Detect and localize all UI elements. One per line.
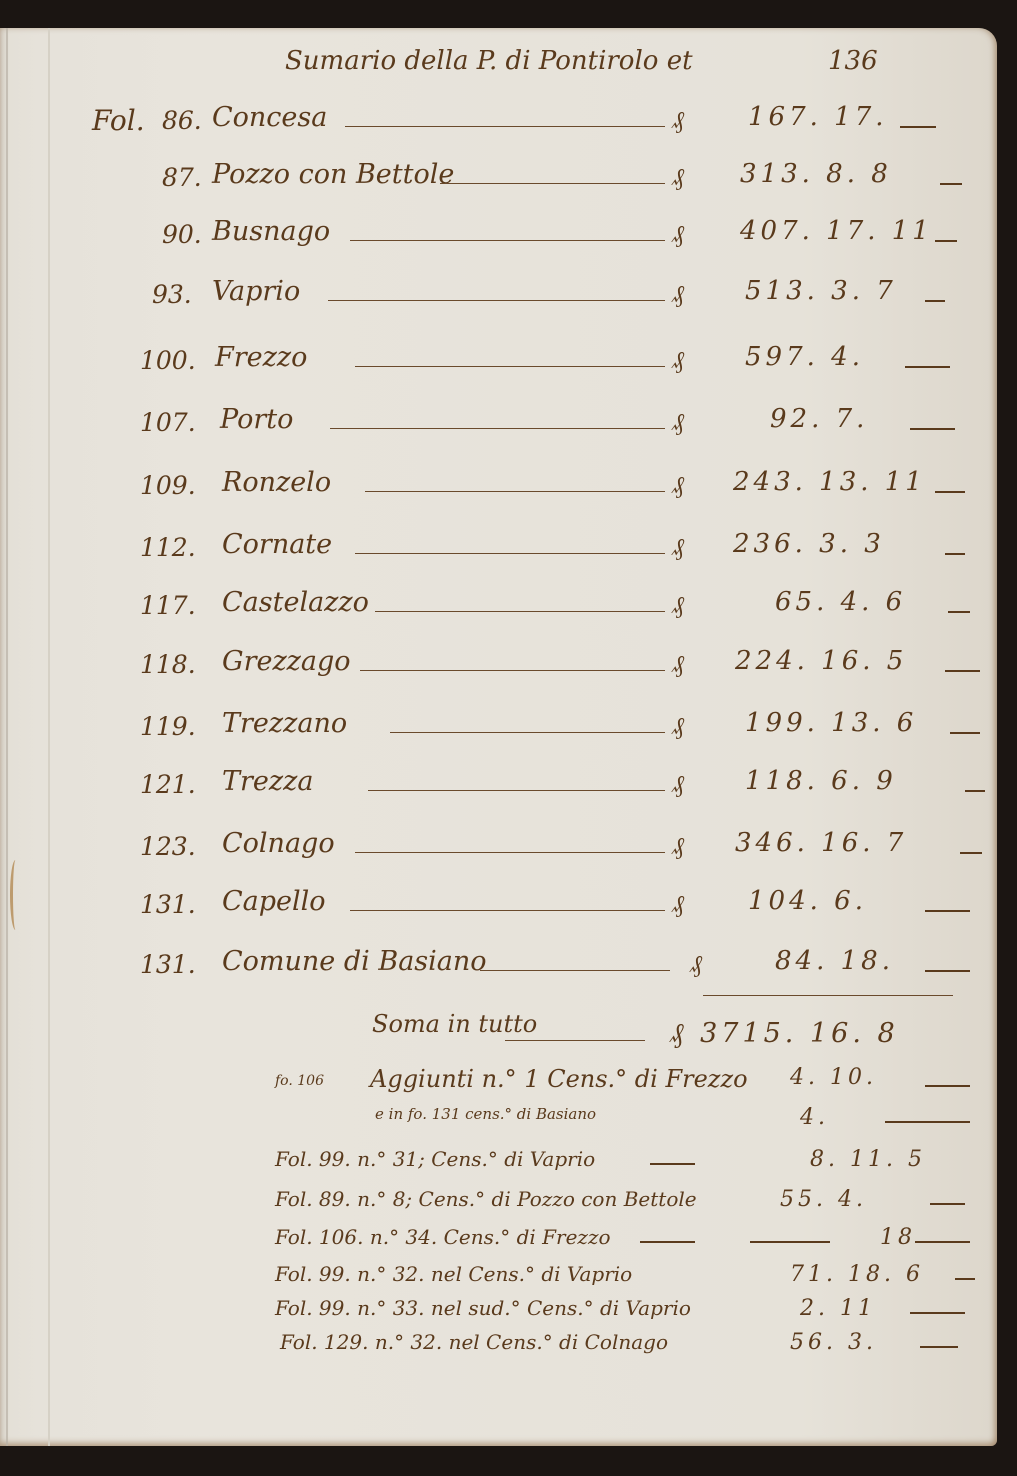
dash-line (955, 1278, 975, 1280)
leader-line (355, 553, 665, 554)
entry-fol: 131. (140, 950, 196, 979)
entry-name: Concesa (212, 102, 327, 133)
entry-amount: 243. 13. 11 (733, 467, 926, 497)
addition-text: Fol. 106. n.° 34. Cens.° di Frezzo (275, 1225, 611, 1249)
entry-fol: 123. (140, 832, 196, 861)
dash-line (885, 1121, 970, 1123)
entry-row: 93. Vaprio ₰ 513. 3. 7 (0, 274, 997, 330)
dash-line (935, 491, 965, 493)
dash-line (910, 428, 955, 430)
dash-line (925, 970, 970, 972)
addition-text: Fol. 99. n.° 33. nel sud.° Cens.° di Vap… (275, 1296, 691, 1320)
entry-row: 86. Concesa ₰ 167. 17. (0, 100, 997, 156)
entry-name: Trezza (222, 766, 313, 797)
dash-line (965, 790, 985, 792)
dash-line (960, 852, 982, 854)
dash-line (925, 910, 970, 912)
entry-fol: 100. (140, 346, 196, 375)
dash-line (910, 1312, 965, 1314)
entry-name: Frezzo (215, 342, 307, 373)
leader-line (440, 183, 665, 184)
lira-mark: ₰ (690, 950, 702, 979)
lira-mark: ₰ (672, 471, 684, 500)
entry-row: 112. Cornate ₰ 236. 3. 3 (0, 527, 997, 583)
addition-row: fo. 106 Aggiunti n.° 1 Cens.° di Frezzo … (0, 1065, 997, 1099)
dash-line (948, 611, 970, 613)
addition-text: e in fo. 131 cens.° di Basiano (375, 1105, 596, 1123)
leader-line (355, 366, 665, 367)
entry-name: Vaprio (212, 276, 300, 307)
dash-line (900, 126, 936, 128)
lira-mark: ₰ (672, 408, 684, 437)
entry-name: Trezzano (222, 708, 347, 739)
dash-line (930, 1203, 965, 1205)
addition-amount: 55. 4. (780, 1187, 867, 1212)
lira-mark: ₰ (672, 220, 684, 249)
dash-line (915, 1241, 970, 1243)
entry-row: 90. Busnago ₰ 407. 17. 11 (0, 214, 997, 270)
entry-name: Colnago (222, 828, 335, 859)
entry-amount: 346. 16. 7 (735, 828, 907, 858)
lira-mark: ₰ (672, 650, 684, 679)
entry-amount: 224. 16. 5 (735, 646, 907, 676)
dash-line (925, 300, 945, 302)
dash-line (945, 670, 980, 672)
lira-mark: ₰ (672, 832, 684, 861)
entry-fol: 109. (140, 471, 196, 500)
leader-line (355, 852, 665, 853)
entry-fol: 118. (140, 650, 196, 679)
leader-line (375, 611, 665, 612)
entry-row: 131. Capello ₰ 104. 6. (0, 884, 997, 940)
dash-line (935, 240, 957, 242)
entry-amount: 199. 13. 6 (745, 708, 917, 738)
entry-fol: 87. (162, 163, 202, 192)
addition-amount: 4. (800, 1105, 829, 1130)
entry-amount: 118. 6. 9 (745, 766, 897, 796)
addition-text: Fol. 99. n.° 31; Cens.° di Vaprio (275, 1147, 595, 1171)
addition-text: Fol. 99. n.° 32. nel Cens.° di Vaprio (275, 1262, 632, 1286)
lira-mark: ₰ (672, 712, 684, 741)
lira-mark: ₰ (672, 890, 684, 919)
entry-fol: 117. (140, 591, 196, 620)
entry-amount: 513. 3. 7 (745, 276, 897, 306)
entry-row: 107. Porto ₰ 92. 7. (0, 402, 997, 458)
leader-line (505, 1040, 645, 1041)
dash-line (950, 732, 980, 734)
leader-line (360, 670, 665, 671)
entry-amount: 104. 6. (748, 886, 867, 916)
entry-name: Pozzo con Bettole (212, 159, 454, 190)
addition-row: Fol. 99. n.° 33. nel sud.° Cens.° di Vap… (0, 1296, 997, 1330)
dash-line (750, 1241, 830, 1243)
entry-name: Capello (222, 886, 326, 917)
entry-name: Cornate (222, 529, 332, 560)
entry-row: 118. Grezzago ₰ 224. 16. 5 (0, 644, 997, 700)
lira-mark: ₰ (672, 346, 684, 375)
total-rule (703, 995, 953, 996)
addition-amount: 18 (880, 1225, 916, 1250)
entry-amount: 84. 18. (775, 946, 894, 976)
addition-row: Fol. 106. n.° 34. Cens.° di Frezzo 18 (0, 1225, 997, 1259)
leader-line (365, 491, 665, 492)
leader-line (350, 910, 665, 911)
lira-mark: ₰ (672, 106, 684, 135)
leader-line (328, 300, 665, 301)
total-label: Soma in tutto (372, 1010, 537, 1038)
entry-fol: 107. (140, 408, 196, 437)
entry-amount: 597. 4. (745, 342, 864, 372)
entry-row: 119. Trezzano ₰ 199. 13. 6 (0, 706, 997, 762)
dash-line (945, 553, 965, 555)
entry-fol: 131. (140, 890, 196, 919)
entry-fol: 121. (140, 770, 196, 799)
dash-line (920, 1346, 958, 1348)
entry-name: Porto (220, 404, 293, 435)
addition-amount: 2. 11 (800, 1296, 876, 1321)
entry-name: Grezzago (222, 646, 351, 677)
lira-mark: ₰ (672, 770, 684, 799)
dash-line (940, 183, 962, 185)
entry-amount: 236. 3. 3 (733, 529, 885, 559)
entry-amount: 407. 17. 11 (740, 216, 933, 246)
lira-mark: ₰ (672, 280, 684, 309)
dash-line (925, 1085, 970, 1087)
lira-mark: ₰ (672, 163, 684, 192)
entry-row: 121. Trezza ₰ 118. 6. 9 (0, 764, 997, 820)
dash-line (905, 366, 950, 368)
entry-amount: 92. 7. (770, 404, 868, 434)
entry-amount: 313. 8. 8 (740, 159, 892, 189)
addition-text: Fol. 89. n.° 8; Cens.° di Pozzo con Bett… (275, 1187, 697, 1211)
addition-text: Fol. 129. n.° 32. nel Cens.° di Colnago (280, 1330, 668, 1354)
entry-row: 123. Colnago ₰ 346. 16. 7 (0, 826, 997, 882)
lira-mark: ₰ (672, 591, 684, 620)
entry-row: 87. Pozzo con Bettole ₰ 313. 8. 8 (0, 157, 997, 213)
addition-row: Fol. 129. n.° 32. nel Cens.° di Colnago … (0, 1330, 997, 1364)
addition-amount: 8. 11. 5 (810, 1147, 926, 1172)
leader-line (640, 1241, 695, 1243)
entry-amount: 167. 17. (748, 102, 888, 132)
addition-row: Fol. 99. n.° 32. nel Cens.° di Vaprio 71… (0, 1262, 997, 1296)
entry-name: Busnago (212, 216, 330, 247)
entry-fol: 93. (152, 280, 192, 309)
leader-line (480, 970, 670, 971)
entry-name: Ronzelo (222, 467, 331, 498)
leader-line (330, 428, 665, 429)
addition-amount: 71. 18. 6 (790, 1262, 924, 1287)
entry-fol: 119. (140, 712, 196, 741)
addition-row: Fol. 99. n.° 31; Cens.° di Vaprio 8. 11.… (0, 1147, 997, 1181)
total-amount: ₰ 3715. 16. 8 (670, 1018, 899, 1049)
leader-line (345, 126, 665, 127)
entry-row: 131. Comune di Basiano ₰ 84. 18. (0, 944, 997, 1000)
entry-row: 109. Ronzelo ₰ 243. 13. 11 (0, 465, 997, 521)
entry-name: Comune di Basiano (222, 946, 487, 977)
page-title: Sumario della P. di Pontirolo et (285, 46, 693, 76)
leader-line (350, 240, 665, 241)
entry-fol: 86. (162, 106, 202, 135)
entry-name: Castelazzo (222, 587, 369, 618)
entry-amount: 65. 4. 6 (775, 587, 906, 617)
entry-fol: 112. (140, 533, 196, 562)
addition-row: e in fo. 131 cens.° di Basiano 4. (0, 1105, 997, 1139)
addition-text: Aggiunti n.° 1 Cens.° di Frezzo (370, 1065, 748, 1093)
entry-row: 117. Castelazzo ₰ 65. 4. 6 (0, 585, 997, 641)
addition-amount: 4. 10. (790, 1065, 877, 1090)
addition-amount: 56. 3. (790, 1330, 877, 1355)
entry-row: 100. Frezzo ₰ 597. 4. (0, 340, 997, 396)
lira-mark: ₰ (672, 533, 684, 562)
leader-line (390, 732, 665, 733)
addition-row: Fol. 89. n.° 8; Cens.° di Pozzo con Bett… (0, 1187, 997, 1221)
entry-fol: 90. (162, 220, 202, 249)
addition-ref: fo. 106 (275, 1073, 324, 1089)
leader-line (368, 790, 665, 791)
leader-line (650, 1163, 695, 1165)
folio-number: 136 (828, 46, 878, 76)
